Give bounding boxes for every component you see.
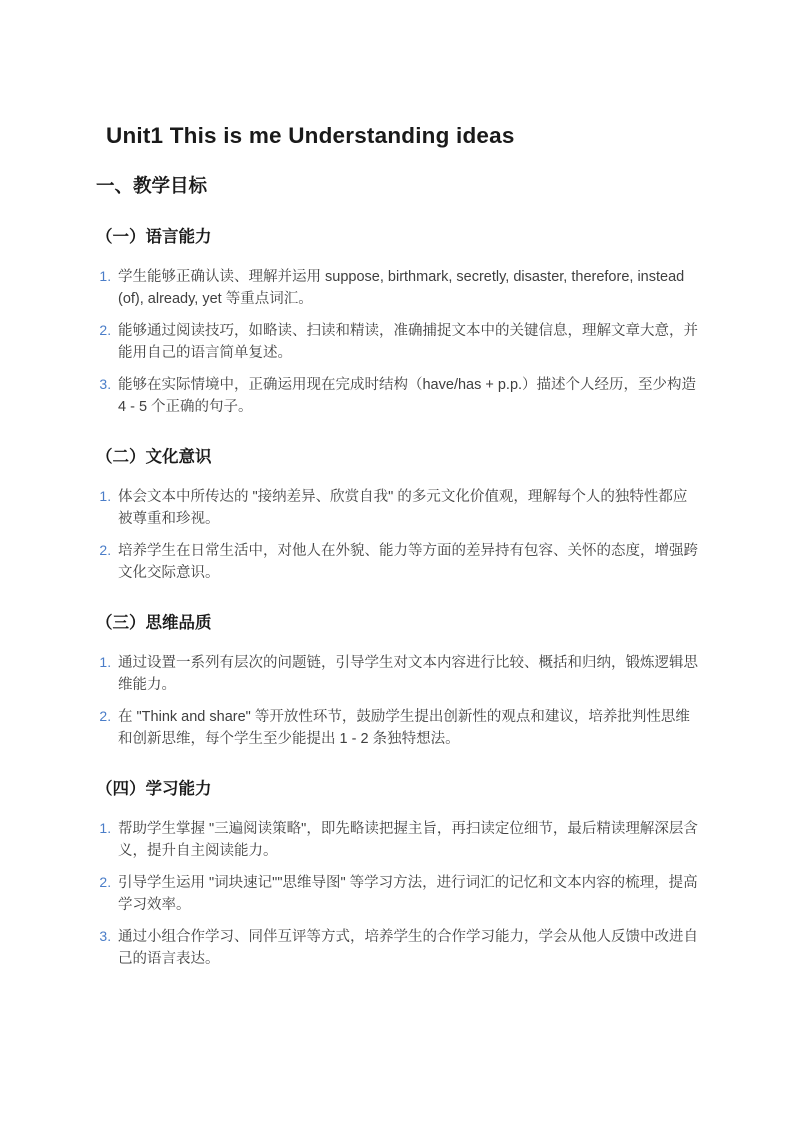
section-learning-ability: （四）学习能力 帮助学生掌握 "三遍阅读策略"，即先略读把握主旨，再扫读定位细节…	[96, 778, 698, 970]
objective-list: 通过设置一系列有层次的问题链，引导学生对文本内容进行比较、概括和归纳，锻炼逻辑思…	[96, 651, 698, 750]
section-heading: （三）思维品质	[96, 612, 698, 634]
objective-item: 能够通过阅读技巧，如略读、扫读和精读，准确捕捉文本中的关键信息，理解文章大意，并…	[115, 319, 698, 364]
section-thinking-quality: （三）思维品质 通过设置一系列有层次的问题链，引导学生对文本内容进行比较、概括和…	[96, 612, 698, 750]
section-heading: （四）学习能力	[96, 778, 698, 800]
objective-item: 能够在实际情境中，正确运用现在完成时结构（have/has + p.p.）描述个…	[115, 373, 698, 418]
objective-item: 体会文本中所传达的 "接纳差异、欣赏自我" 的多元文化价值观，理解每个人的独特性…	[115, 485, 698, 530]
section-cultural-awareness: （二）文化意识 体会文本中所传达的 "接纳差异、欣赏自我" 的多元文化价值观，理…	[96, 446, 698, 584]
document-title: Unit1 This is me Understanding ideas	[106, 122, 698, 150]
objective-item: 引导学生运用 "词块速记""思维导图" 等学习方法，进行词汇的记忆和文本内容的梳…	[115, 871, 698, 916]
objective-item: 帮助学生掌握 "三遍阅读策略"，即先略读把握主旨，再扫读定位细节，最后精读理解深…	[115, 817, 698, 862]
section-heading: （二）文化意识	[96, 446, 698, 468]
objective-list: 学生能够正确认读、理解并运用 suppose, birthmark, secre…	[96, 265, 698, 418]
objective-item: 通过设置一系列有层次的问题链，引导学生对文本内容进行比较、概括和归纳，锻炼逻辑思…	[115, 651, 698, 696]
document-page: Unit1 This is me Understanding ideas 一、教…	[0, 0, 794, 1123]
objective-item: 学生能够正确认读、理解并运用 suppose, birthmark, secre…	[115, 265, 698, 310]
objective-list: 体会文本中所传达的 "接纳差异、欣赏自我" 的多元文化价值观，理解每个人的独特性…	[96, 485, 698, 584]
objective-item: 在 "Think and share" 等开放性环节，鼓励学生提出创新性的观点和…	[115, 705, 698, 750]
section-language-ability: （一）语言能力 学生能够正确认读、理解并运用 suppose, birthmar…	[96, 226, 698, 418]
objective-list: 帮助学生掌握 "三遍阅读策略"，即先略读把握主旨，再扫读定位细节，最后精读理解深…	[96, 817, 698, 970]
objective-item: 培养学生在日常生活中，对他人在外貌、能力等方面的差异持有包容、关怀的态度，增强跨…	[115, 539, 698, 584]
section-heading: （一）语言能力	[96, 226, 698, 248]
main-heading: 一、教学目标	[96, 174, 698, 198]
objective-item: 通过小组合作学习、同伴互评等方式，培养学生的合作学习能力，学会从他人反馈中改进自…	[115, 925, 698, 970]
